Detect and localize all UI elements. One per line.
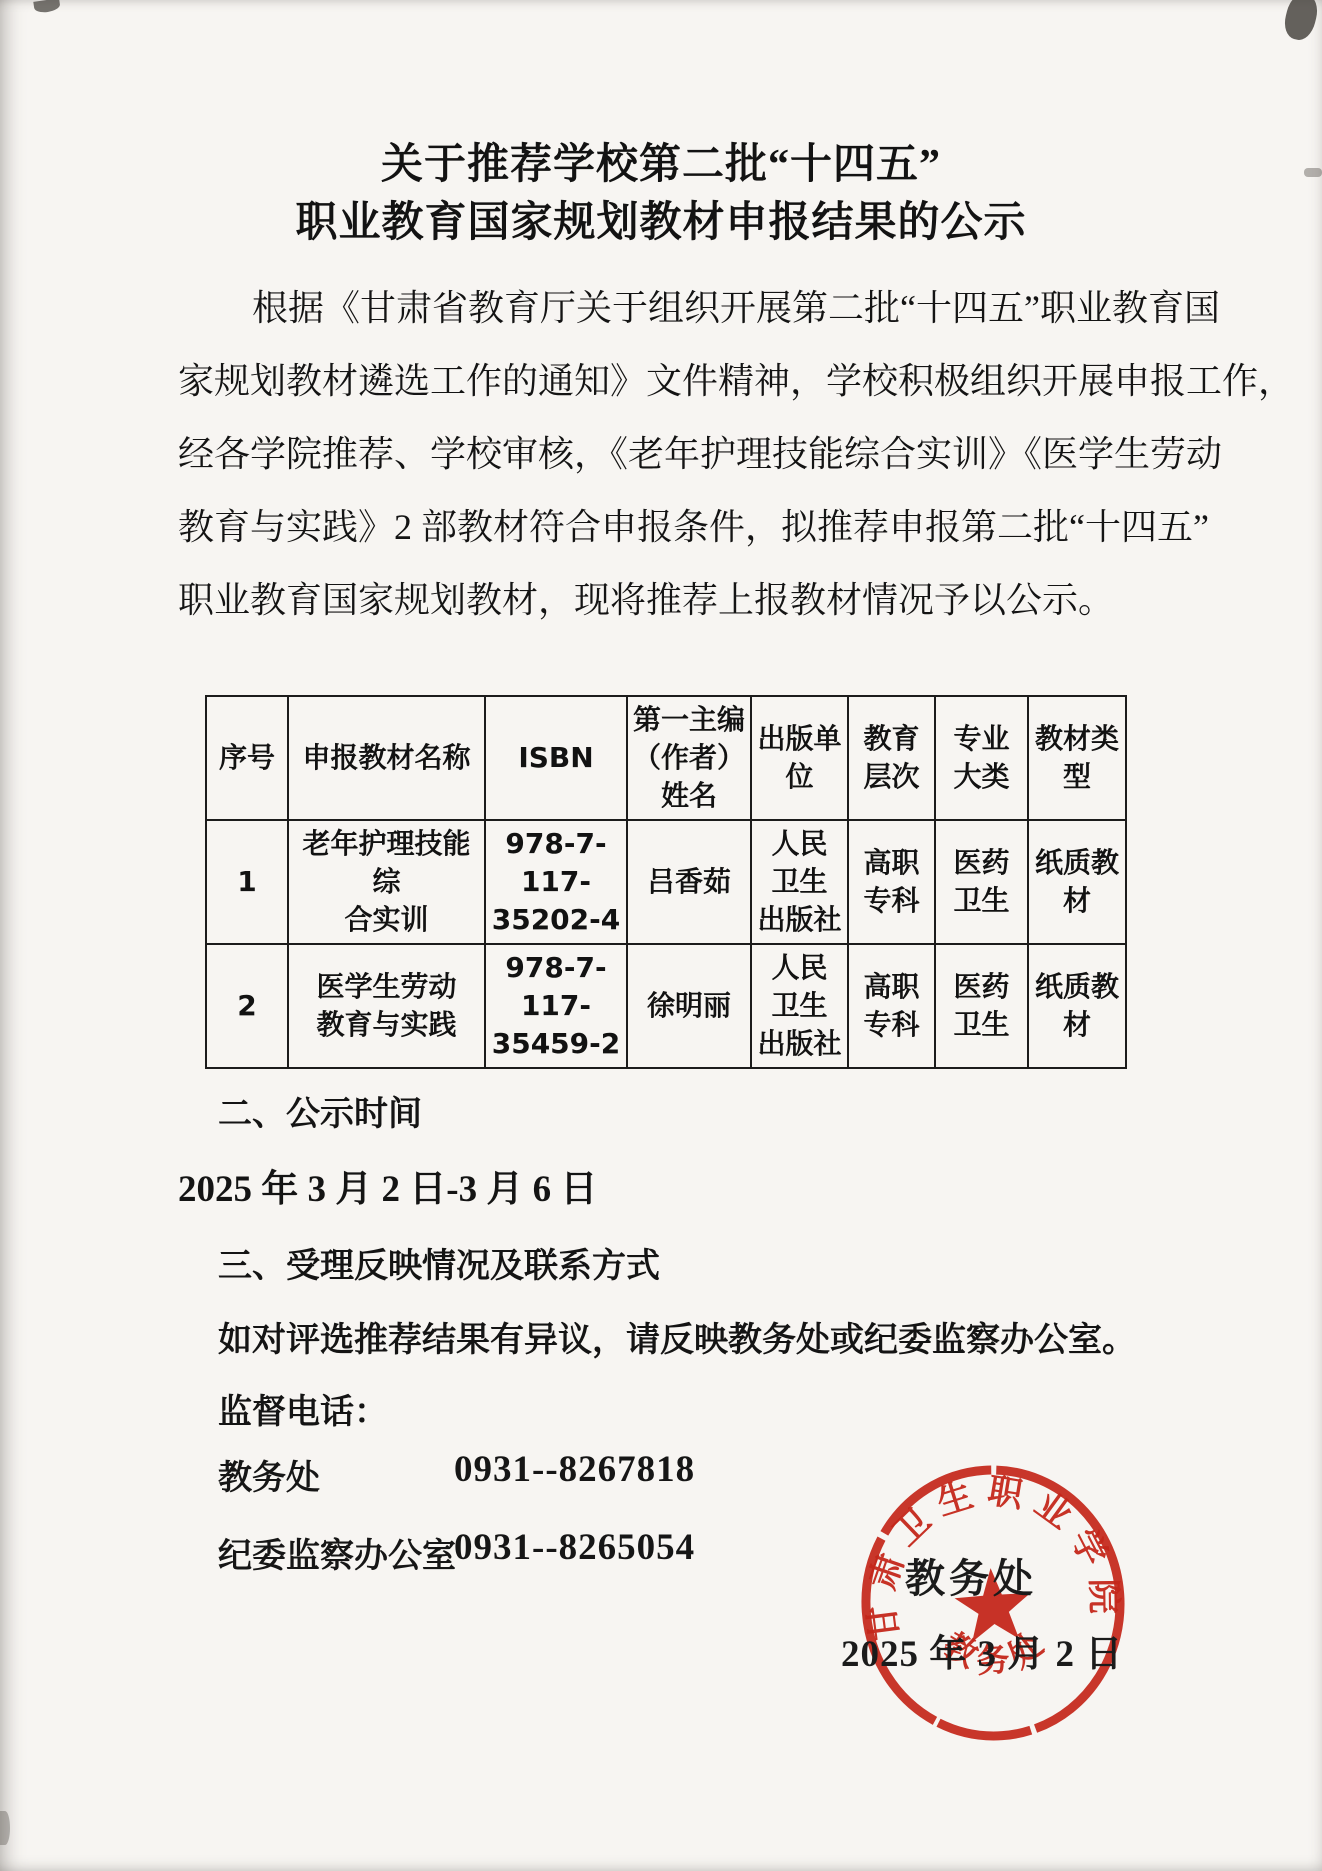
- table-cell: 人民 卫生 出版社: [751, 820, 848, 944]
- table-header-cell: 教育 层次: [848, 696, 935, 820]
- scanned-document-page: 关于推荐学校第二批“十四五” 职业教育国家规划教材申报结果的公示 根据《甘肃省教…: [0, 0, 1322, 1871]
- section3-heading: 三、受理反映情况及联系方式: [218, 1238, 660, 1287]
- table-header-cell: 出版单 位: [751, 696, 848, 820]
- document-title: 关于推荐学校第二批“十四五” 职业教育国家规划教材申报结果的公示: [0, 136, 1322, 252]
- table-cell: 老年护理技能综 合实训: [288, 820, 485, 944]
- stamp-signer-text: 教务处: [905, 1547, 1037, 1604]
- table-cell: 978-7-117- 35202-4: [485, 820, 627, 944]
- contact-name: 教务处: [218, 1450, 320, 1499]
- contact-name: 纪委监察办公室: [218, 1528, 456, 1577]
- paragraph-line: 教育与实践》2 部教材符合申报条件，拟推荐申报第二批“十四五”: [178, 491, 1200, 564]
- publicity-period: 2025 年 3 月 2 日-3 月 6 日: [178, 1158, 597, 1212]
- table-row: 1 老年护理技能综 合实训 978-7-117- 35202-4 吕香茹 人民 …: [206, 820, 1126, 944]
- contact-row: 教务处 0931--8267818: [218, 1450, 858, 1494]
- table-cell: 纸质教 材: [1028, 944, 1126, 1068]
- table-cell: 978-7-117- 35459-2: [485, 944, 627, 1068]
- official-seal: 甘肃卫生职业学院 教务处 教务处 2025 年 3 月 2 日: [853, 1455, 1133, 1751]
- paragraph-line: 家规划教材遴选工作的通知》文件精神，学校积极组织开展申报工作，: [178, 345, 1200, 418]
- contact-phone: 0931--8267818: [454, 1448, 695, 1491]
- table-cell: 高职 专科: [848, 944, 935, 1068]
- table-header-cell: 第一主编 （作者） 姓名: [627, 696, 751, 820]
- contact-row: 纪委监察办公室 0931--8265054: [218, 1528, 858, 1572]
- scan-artifact-top-left: [33, 0, 60, 14]
- table-cell: 2: [206, 944, 288, 1068]
- scan-artifact-top-right: [1281, 0, 1321, 43]
- contact-phone: 0931--8265054: [454, 1526, 695, 1569]
- section2-heading: 二、公示时间: [218, 1086, 422, 1135]
- section3-body: 如对评选推荐结果有异议，请反映教务处或纪委监察办公室。: [218, 1312, 1136, 1361]
- table-cell: 徐明丽: [627, 944, 751, 1068]
- table-cell: 高职 专科: [848, 820, 935, 944]
- table-header-cell: ISBN: [485, 696, 627, 820]
- table-header-row: 序号 申报教材名称 ISBN 第一主编 （作者） 姓名 出版单 位 教育 层次 …: [206, 696, 1126, 820]
- table-row: 2 医学生劳动 教育与实践 978-7-117- 35459-2 徐明丽 人民 …: [206, 944, 1126, 1068]
- materials-table: 序号 申报教材名称 ISBN 第一主编 （作者） 姓名 出版单 位 教育 层次 …: [205, 695, 1127, 1069]
- paragraph-line: 职业教育国家规划教材，现将推荐上报教材情况予以公示。: [178, 564, 1200, 637]
- table-header-cell: 教材类 型: [1028, 696, 1126, 820]
- table-cell: 医药 卫生: [935, 820, 1028, 944]
- table-cell: 人民 卫生 出版社: [751, 944, 848, 1068]
- body-paragraph: 根据《甘肃省教育厅关于组织开展第二批“十四五”职业教育国 家规划教材遴选工作的通…: [178, 272, 1200, 637]
- table-cell: 医学生劳动 教育与实践: [288, 944, 485, 1068]
- scan-artifact-bottom-left: [0, 1811, 10, 1845]
- paragraph-line: 经各学院推荐、学校审核，《老年护理技能综合实训》《医学生劳动: [178, 418, 1200, 491]
- table-header-cell: 申报教材名称: [288, 696, 485, 820]
- phone-label: 监督电话：: [218, 1384, 388, 1433]
- title-line-2: 职业教育国家规划教材申报结果的公示: [0, 194, 1322, 252]
- table-header-cell: 序号: [206, 696, 288, 820]
- title-line-1: 关于推荐学校第二批“十四五”: [0, 136, 1322, 194]
- table-header-cell: 专业 大类: [935, 696, 1028, 820]
- paragraph-line: 根据《甘肃省教育厅关于组织开展第二批“十四五”职业教育国: [178, 272, 1200, 345]
- table-cell: 吕香茹: [627, 820, 751, 944]
- table-cell: 纸质教 材: [1028, 820, 1126, 944]
- table-cell: 1: [206, 820, 288, 944]
- table-cell: 医药 卫生: [935, 944, 1028, 1068]
- stamp-date-text: 2025 年 3 月 2 日: [841, 1623, 1123, 1677]
